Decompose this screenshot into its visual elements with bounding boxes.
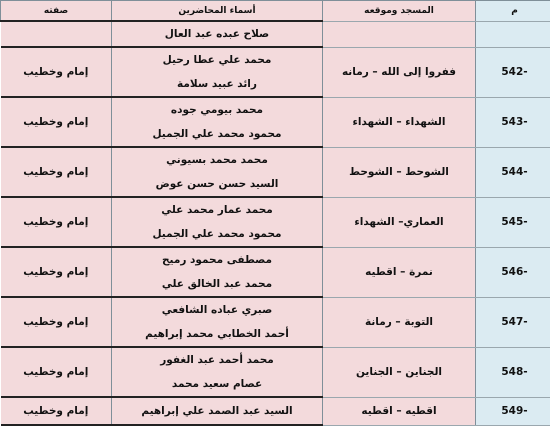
row-number: 549- bbox=[476, 397, 550, 416]
lecturer-name: محمد بيومي جوده bbox=[112, 98, 322, 122]
row-mosque bbox=[323, 21, 476, 47]
lecturer-name: محمد محمد بسيوني bbox=[112, 148, 322, 172]
row-title: إمام وخطيب bbox=[1, 347, 112, 397]
header-names: أسماء المحاضرين bbox=[112, 1, 323, 22]
lecturer-name: محمد علي عطا رحيل bbox=[112, 48, 322, 72]
row-names: السيد عبد الصمد علي إبراهيم bbox=[112, 397, 323, 416]
lecturer-name: صبري عباده الشافعي bbox=[112, 298, 322, 322]
row-title: إمام وخطيب bbox=[1, 297, 112, 347]
row-names: محمد علي عطا رحيل رائد عبيد سلامة bbox=[112, 47, 323, 97]
row-names: صبري عباده الشافعي أحمد الخطابي محمد إبر… bbox=[112, 297, 323, 347]
table-row: صلاح عبده عبد العال bbox=[1, 21, 550, 47]
lecturer-name: السيد حسن حسن عوض bbox=[112, 172, 322, 196]
row-title: إمام وخطيب bbox=[1, 97, 112, 147]
row-mosque: اقطيه – اقطيه bbox=[323, 397, 476, 416]
row-mosque: العماري– الشهداء bbox=[323, 197, 476, 247]
row-names: محمد بيومي جوده محمود محمد علي الجميل bbox=[112, 97, 323, 147]
header-title: صفته bbox=[1, 1, 112, 22]
row-mosque: ففروا إلى الله – رمانه bbox=[323, 47, 476, 97]
lecturer-name: محمود محمد علي الجميل bbox=[112, 122, 322, 146]
lecturer-name: صلاح عبده عبد العال bbox=[112, 22, 322, 46]
lecturer-name: عصام سعيد محمد bbox=[112, 372, 322, 396]
row-number bbox=[476, 21, 550, 47]
row-mosque: التوبة – رمانة bbox=[323, 297, 476, 347]
table-row: 542- ففروا إلى الله – رمانه محمد علي عطا… bbox=[1, 47, 550, 97]
table-row: 548- الجناين – الجناين محمد أحمد عبد الغ… bbox=[1, 347, 550, 397]
row-names: محمد عمار محمد علي محمود محمد علي الجميل bbox=[112, 197, 323, 247]
row-title: إمام وخطيب bbox=[1, 197, 112, 247]
lecturer-name: مصطفى محمود رميح bbox=[112, 248, 322, 272]
row-mosque: الشهداء – الشهداء bbox=[323, 97, 476, 147]
row-names: محمد محمد بسيوني السيد حسن حسن عوض bbox=[112, 147, 323, 197]
table-row: 544- الشوحط – الشوحط محمد محمد بسيوني ال… bbox=[1, 147, 550, 197]
lecturer-name: محمد عبد الخالق علي bbox=[112, 272, 322, 296]
row-names: صلاح عبده عبد العال bbox=[112, 21, 323, 47]
header-mosque: المسجد وموقعه bbox=[323, 1, 476, 22]
row-number: 548- bbox=[476, 347, 550, 397]
row-title: إمام وخطيب bbox=[1, 247, 112, 297]
row-title: إمام وخطيب bbox=[1, 47, 112, 97]
row-title: إمام وخطيب bbox=[1, 147, 112, 197]
row-mosque: الشوحط – الشوحط bbox=[323, 147, 476, 197]
row-number: 547- bbox=[476, 297, 550, 347]
lecturer-name: السيد عبد الصمد علي إبراهيم bbox=[112, 399, 322, 416]
table-row: 545- العماري– الشهداء محمد عمار محمد علي… bbox=[1, 197, 550, 247]
row-mosque: الجناين – الجناين bbox=[323, 347, 476, 397]
lecturer-name: محمد أحمد عبد الغفور bbox=[112, 348, 322, 372]
table-row: 543- الشهداء – الشهداء محمد بيومي جوده م… bbox=[1, 97, 550, 147]
row-mosque: نمرة – اقطيه bbox=[323, 247, 476, 297]
row-names: محمد أحمد عبد الغفور عصام سعيد محمد bbox=[112, 347, 323, 397]
row-number: 545- bbox=[476, 197, 550, 247]
table-row: 546- نمرة – اقطيه مصطفى محمود رميح محمد … bbox=[1, 247, 550, 297]
row-title: إمام وخطيب bbox=[1, 397, 112, 416]
lecturer-name: محمد عمار محمد علي bbox=[112, 198, 322, 222]
lecturers-table: م المسجد وموقعه أسماء المحاضرين صفته صلا… bbox=[0, 0, 550, 416]
header-row: م المسجد وموقعه أسماء المحاضرين صفته bbox=[1, 1, 550, 22]
row-number: 543- bbox=[476, 97, 550, 147]
lecturer-name: محمود محمد علي الجميل bbox=[112, 222, 322, 246]
header-number: م bbox=[476, 1, 550, 22]
table-row: 547- التوبة – رمانة صبري عباده الشافعي أ… bbox=[1, 297, 550, 347]
row-number: 544- bbox=[476, 147, 550, 197]
row-title bbox=[1, 21, 112, 47]
row-number: 542- bbox=[476, 47, 550, 97]
row-names: مصطفى محمود رميح محمد عبد الخالق علي bbox=[112, 247, 323, 297]
row-number: 546- bbox=[476, 247, 550, 297]
lecturer-name: أحمد الخطابي محمد إبراهيم bbox=[112, 322, 322, 346]
lecturer-name: رائد عبيد سلامة bbox=[112, 72, 322, 96]
table-row: 549- اقطيه – اقطيه السيد عبد الصمد علي إ… bbox=[1, 397, 550, 416]
